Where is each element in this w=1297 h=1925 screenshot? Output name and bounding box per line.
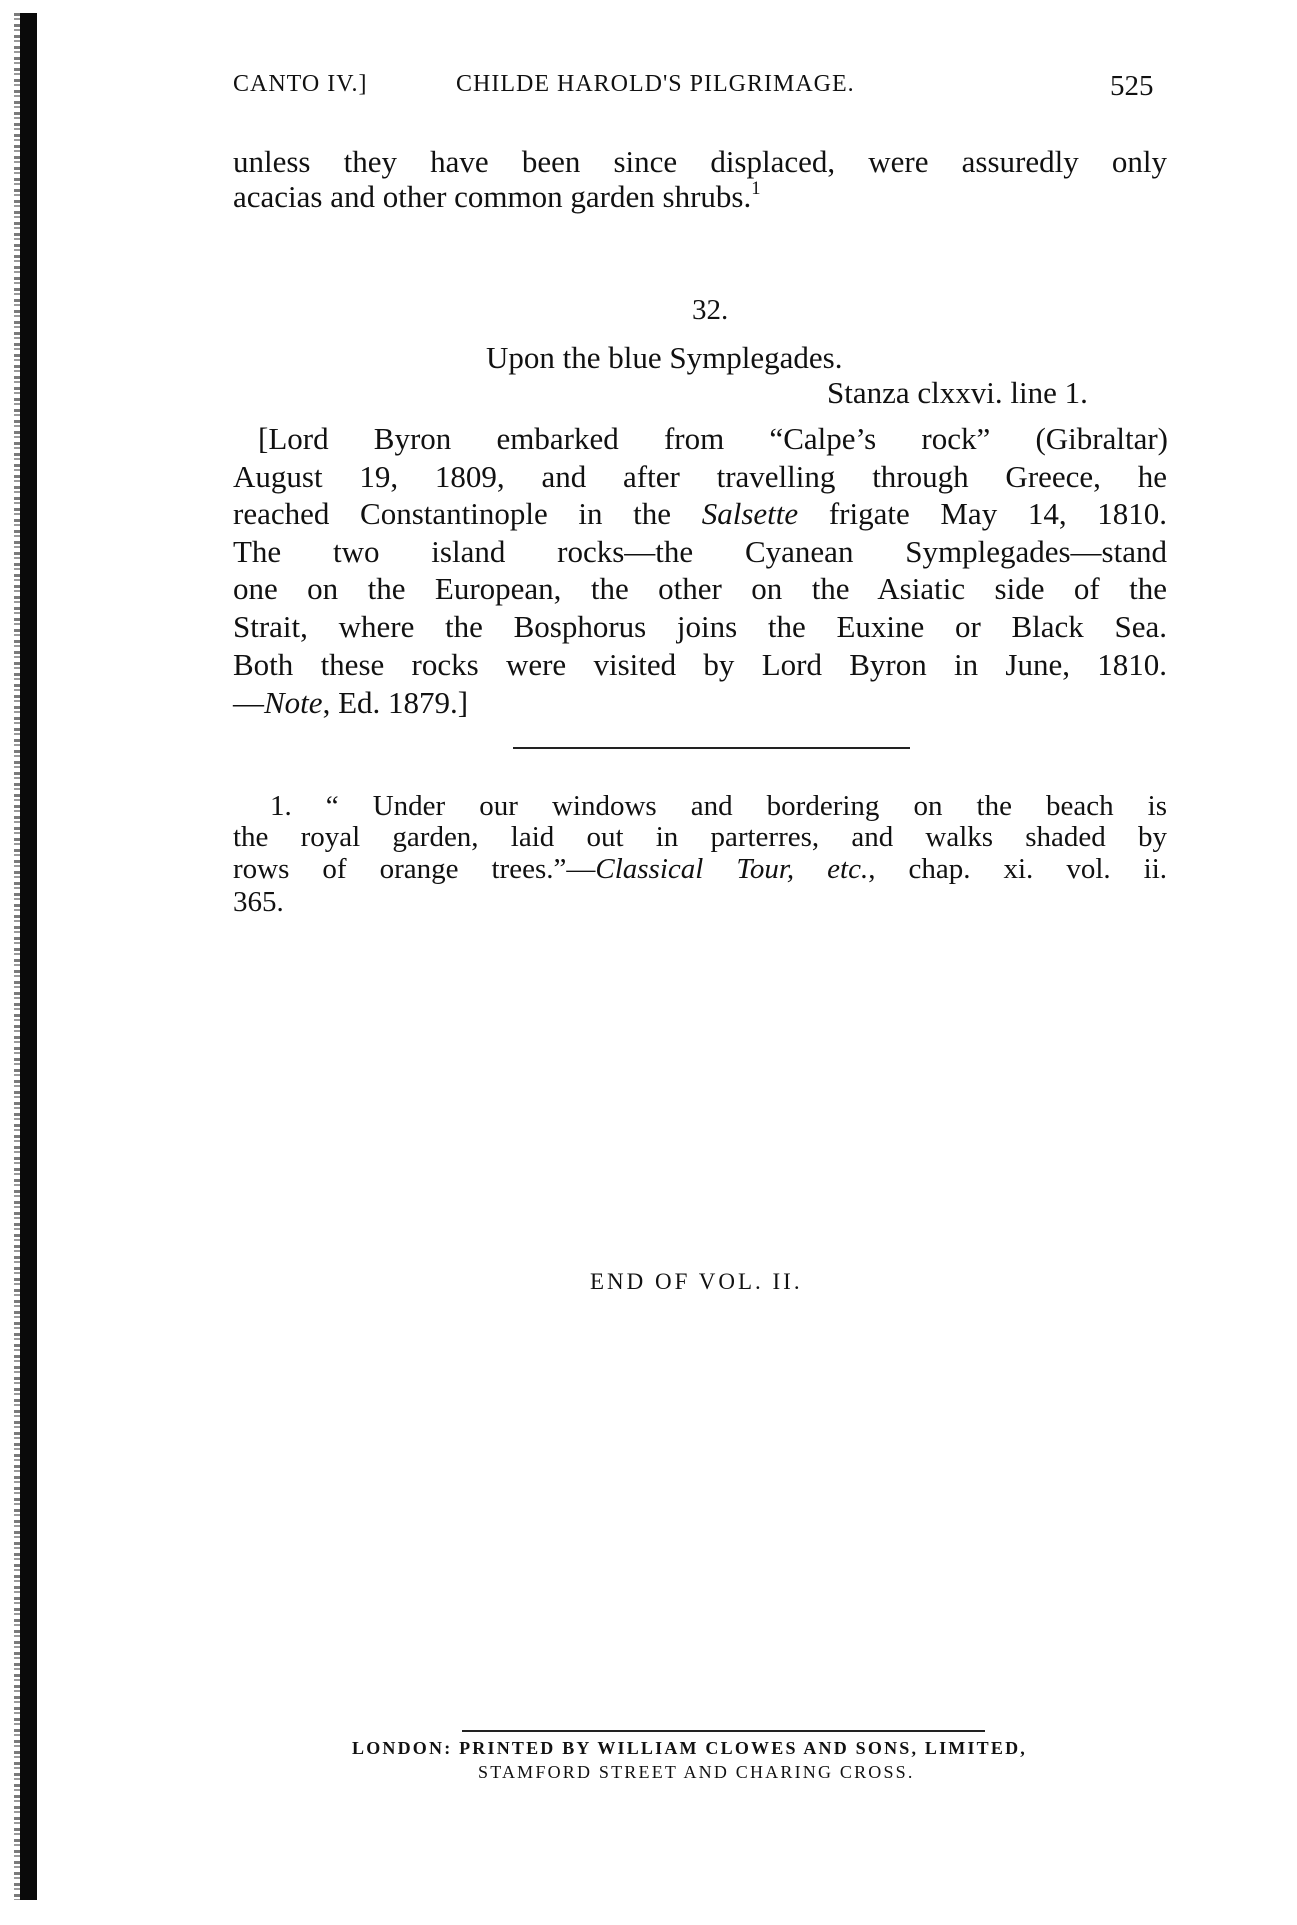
- note-line-4: The two island rocks—the Cyanean Sympleg…: [233, 536, 1167, 567]
- footnote-line-4: 365.: [233, 888, 284, 917]
- note-line-3-start: reached Constantinople in the: [233, 496, 671, 531]
- continuation-line-2-text: acacias and other common garden shrubs.: [233, 179, 751, 214]
- note-quote: Upon the blue Symplegades.: [486, 342, 842, 373]
- note-line-7: Both these rocks were visited by Lord By…: [233, 649, 1167, 680]
- book-spine-edge: [20, 13, 37, 1900]
- note-line-3-end: frigate May 14, 1810.: [829, 496, 1167, 531]
- footnote-line-1: 1. “ Under our windows and bordering on …: [270, 792, 1167, 821]
- footnote-line-2: the royal garden, laid out in parterres,…: [233, 823, 1167, 852]
- footnote-separator-rule: [513, 747, 910, 749]
- page-number: 525: [1110, 72, 1154, 101]
- note-source-italic: Note: [264, 685, 323, 720]
- running-header-canto: CANTO IV.]: [233, 72, 367, 96]
- running-header-title: CHILDE HAROLD'S PILGRIMAGE.: [456, 72, 855, 96]
- note-line-3: reached Constantinople in the Salsette f…: [233, 498, 1167, 529]
- imprint-line-1: LONDON: PRINTED BY WILLIAM CLOWES AND SO…: [352, 1739, 1027, 1757]
- note-number: 32.: [692, 296, 728, 325]
- note-line-2: August 19, 1809, and after travelling th…: [233, 461, 1167, 492]
- note-reference: Stanza clxxvi. line 1.: [827, 377, 1088, 408]
- note-source-rest: , Ed. 1879.]: [323, 685, 469, 720]
- note-line-1: [Lord Byron embarked from “Calpe’s rock”…: [258, 423, 1168, 454]
- end-of-volume-marker: END OF VOL. II.: [590, 1270, 803, 1293]
- note-line-8: —Note, Ed. 1879.]: [233, 687, 468, 718]
- note-line-6: Strait, where the Bosphorus joins the Eu…: [233, 611, 1167, 642]
- footnote-ref: 1: [751, 178, 760, 199]
- footnote-line-3-end: , chap. xi. vol. ii.: [868, 853, 1167, 885]
- imprint-line-2: STAMFORD STREET AND CHARING CROSS.: [478, 1763, 915, 1781]
- footnote-line-3: rows of orange trees.”—Classical Tour, e…: [233, 855, 1167, 884]
- ship-name: Salsette: [702, 496, 798, 531]
- footnote-line-3-start: rows of orange trees.”—: [233, 853, 595, 885]
- imprint-rule: [462, 1730, 985, 1732]
- continuation-line-2: acacias and other common garden shrubs.1: [233, 181, 761, 212]
- em-dash: —: [233, 685, 264, 720]
- note-line-5: one on the European, the other on the As…: [233, 573, 1167, 604]
- continuation-line-1: unless they have been since displaced, w…: [233, 146, 1167, 177]
- footnote-source-italic: Classical Tour, etc.: [595, 853, 868, 885]
